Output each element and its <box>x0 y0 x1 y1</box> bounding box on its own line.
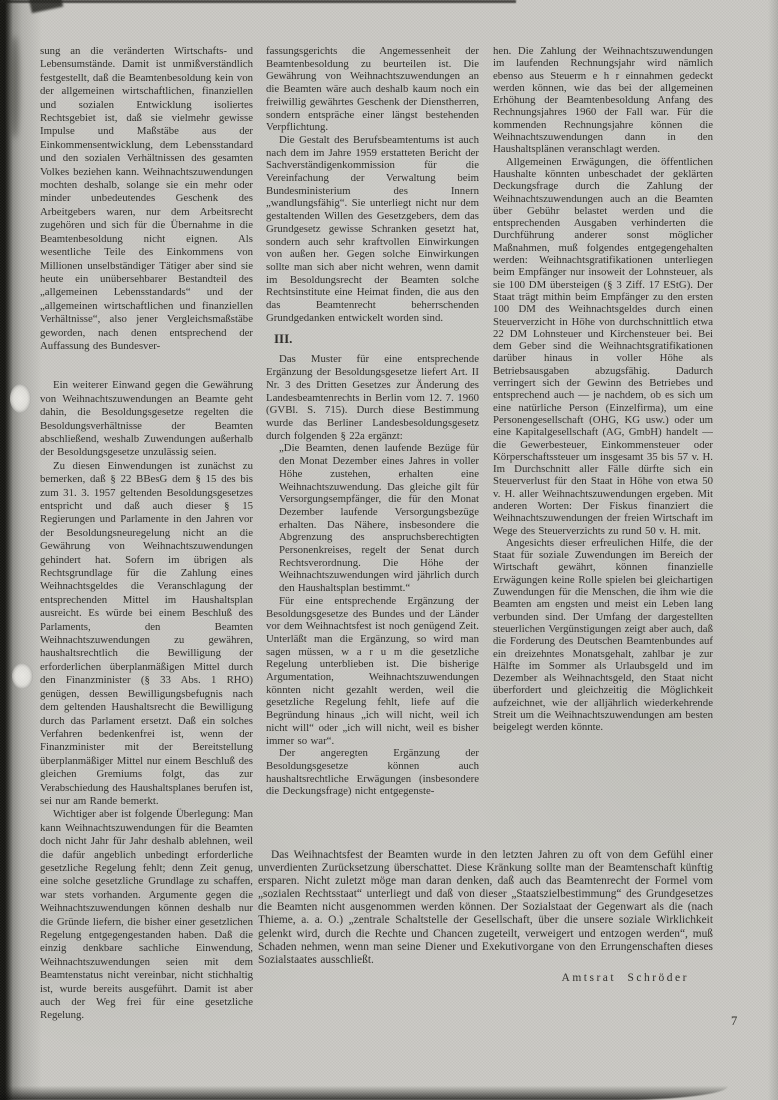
page-number: 7 <box>731 1014 737 1029</box>
scan-corner-mark <box>29 0 63 13</box>
columns-row: fassungsgerichts die Angemessenheit der … <box>266 45 713 845</box>
scan-smudge <box>10 36 19 138</box>
punch-hole-top <box>10 384 31 413</box>
paragraph-continuation: hen. Die Zahlung der Weihnachtszuwendung… <box>493 45 713 156</box>
paragraph: Für eine entsprechende Ergänzung der Bes… <box>266 595 479 747</box>
scan-bottom-shadow <box>0 1086 728 1100</box>
paragraph: Ein weiterer Einwand gegen die Gewährung… <box>40 379 253 459</box>
paragraph-continuation: fassungsgerichts die Angemessenheit der … <box>266 45 479 134</box>
paragraph: Zu diesen Einwendungen ist zunächst zu b… <box>40 460 253 809</box>
column-right: hen. Die Zahlung der Weihnachtszuwendung… <box>493 45 713 734</box>
paragraph: Die Gestalt des Berufsbeamtentums ist au… <box>266 134 479 325</box>
paragraph: Wichtiger aber ist folgende Überlegung: … <box>40 808 253 1023</box>
paragraph: Der angeregten Ergänzung der Besoldungsg… <box>266 747 479 798</box>
paragraph: Angesichts dieser erfreulichen Hilfe, di… <box>493 537 713 734</box>
column-gap <box>40 353 253 379</box>
statute-blockquote: „Die Beamten, denen laufende Bezüge für … <box>279 442 479 594</box>
paragraph: Allgemeinen Erwägungen, die öffentlichen… <box>493 156 713 537</box>
paragraph: Das Muster für eine entsprechende Ergänz… <box>266 353 479 442</box>
column-middle: fassungsgerichts die Angemessenheit der … <box>266 45 479 798</box>
punch-hole-bottom <box>12 663 33 689</box>
scan-edge-artifact <box>0 0 516 3</box>
section-heading-iii: III. <box>274 331 479 347</box>
column-left: sung an die veränderten Wirtschafts- und… <box>40 45 253 1023</box>
closing-paragraph: Das Weihnachtsfest der Beamten wurde in … <box>258 849 713 967</box>
scan-right-edge-shadow <box>768 0 778 1100</box>
right-region: fassungsgerichts die Angemessenheit der … <box>266 45 713 984</box>
scanned-document-page: sung an die veränderten Wirtschafts- und… <box>0 0 778 1100</box>
author-signature: Amtsrat Schröder <box>266 972 713 984</box>
paragraph-continuation: sung an die veränderten Wirtschafts- und… <box>40 45 253 353</box>
scan-gutter-shadow <box>0 0 42 1100</box>
